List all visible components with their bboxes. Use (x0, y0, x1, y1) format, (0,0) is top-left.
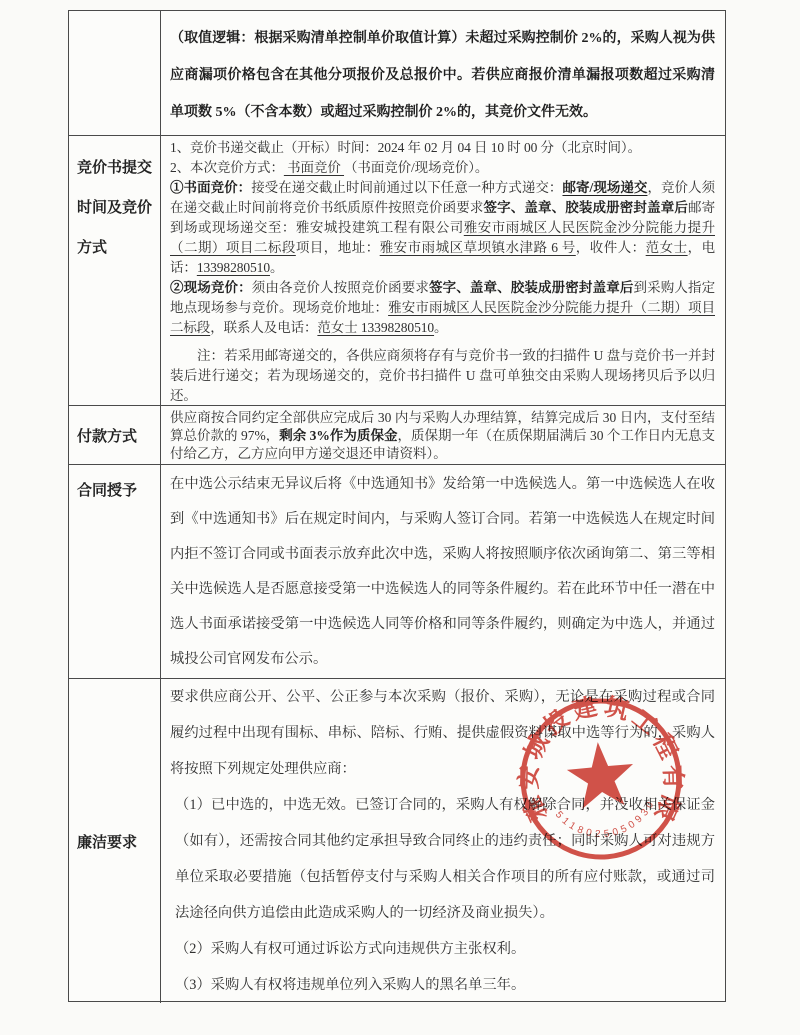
table-row-contract-award: 合同授予 在中选公示结束无异议后将《中选通知书》发给第一中选候选人。第一中选候选… (69, 464, 725, 678)
table-row-payment-method: 付款方式 供应商按合同约定全部供应完成后 30 内与采购人办理结算，结算完成后 … (69, 405, 725, 464)
table-row-bid-submission: 竞价书提交时间及竞价方式 1、竞价书递交截止（开标）时间：2024 年 02 月… (69, 135, 725, 405)
table-row-integrity: 廉洁要求 要求供应商公开、公平、公正参与本次采购（报价、采购），无论是在采购过程… (69, 678, 725, 1003)
row-content-payment-method: 供应商按合同约定全部供应完成后 30 内与采购人办理结算，结算完成后 30 日内… (161, 406, 725, 464)
row-label-empty (69, 11, 161, 135)
row-label-text: 廉洁要求 (77, 831, 137, 852)
row-label-text: 付款方式 (77, 425, 137, 446)
row-content-price-logic: （取值逻辑：根据采购清单控制单价取值计算）未超过采购控制价 2%的，采购人视为供… (161, 11, 725, 135)
scanned-document-page: （取值逻辑：根据采购清单控制单价取值计算）未超过采购控制价 2%的，采购人视为供… (0, 0, 800, 1035)
row-content-bid-submission: 1、竞价书递交截止（开标）时间：2024 年 02 月 04 日 10 时 00… (161, 136, 725, 405)
row-label-integrity: 廉洁要求 (69, 679, 161, 1003)
row-label-text: 合同授予 (77, 483, 137, 499)
row-content-integrity: 要求供应商公开、公平、公正参与本次采购（报价、采购），无论是在采购过程或合同履约… (161, 679, 725, 1003)
row-label-contract-award: 合同授予 (69, 465, 161, 678)
row-label-payment-method: 付款方式 (69, 406, 161, 464)
procurement-terms-table: （取值逻辑：根据采购清单控制单价取值计算）未超过采购控制价 2%的，采购人视为供… (68, 10, 726, 1002)
row-label-bid-submission: 竞价书提交时间及竞价方式 (69, 136, 161, 405)
row-content-contract-award: 在中选公示结束无异议后将《中选通知书》发给第一中选候选人。第一中选候选人在收到《… (161, 465, 725, 678)
table-row-price-logic: （取值逻辑：根据采购清单控制单价取值计算）未超过采购控制价 2%的，采购人视为供… (69, 11, 725, 135)
